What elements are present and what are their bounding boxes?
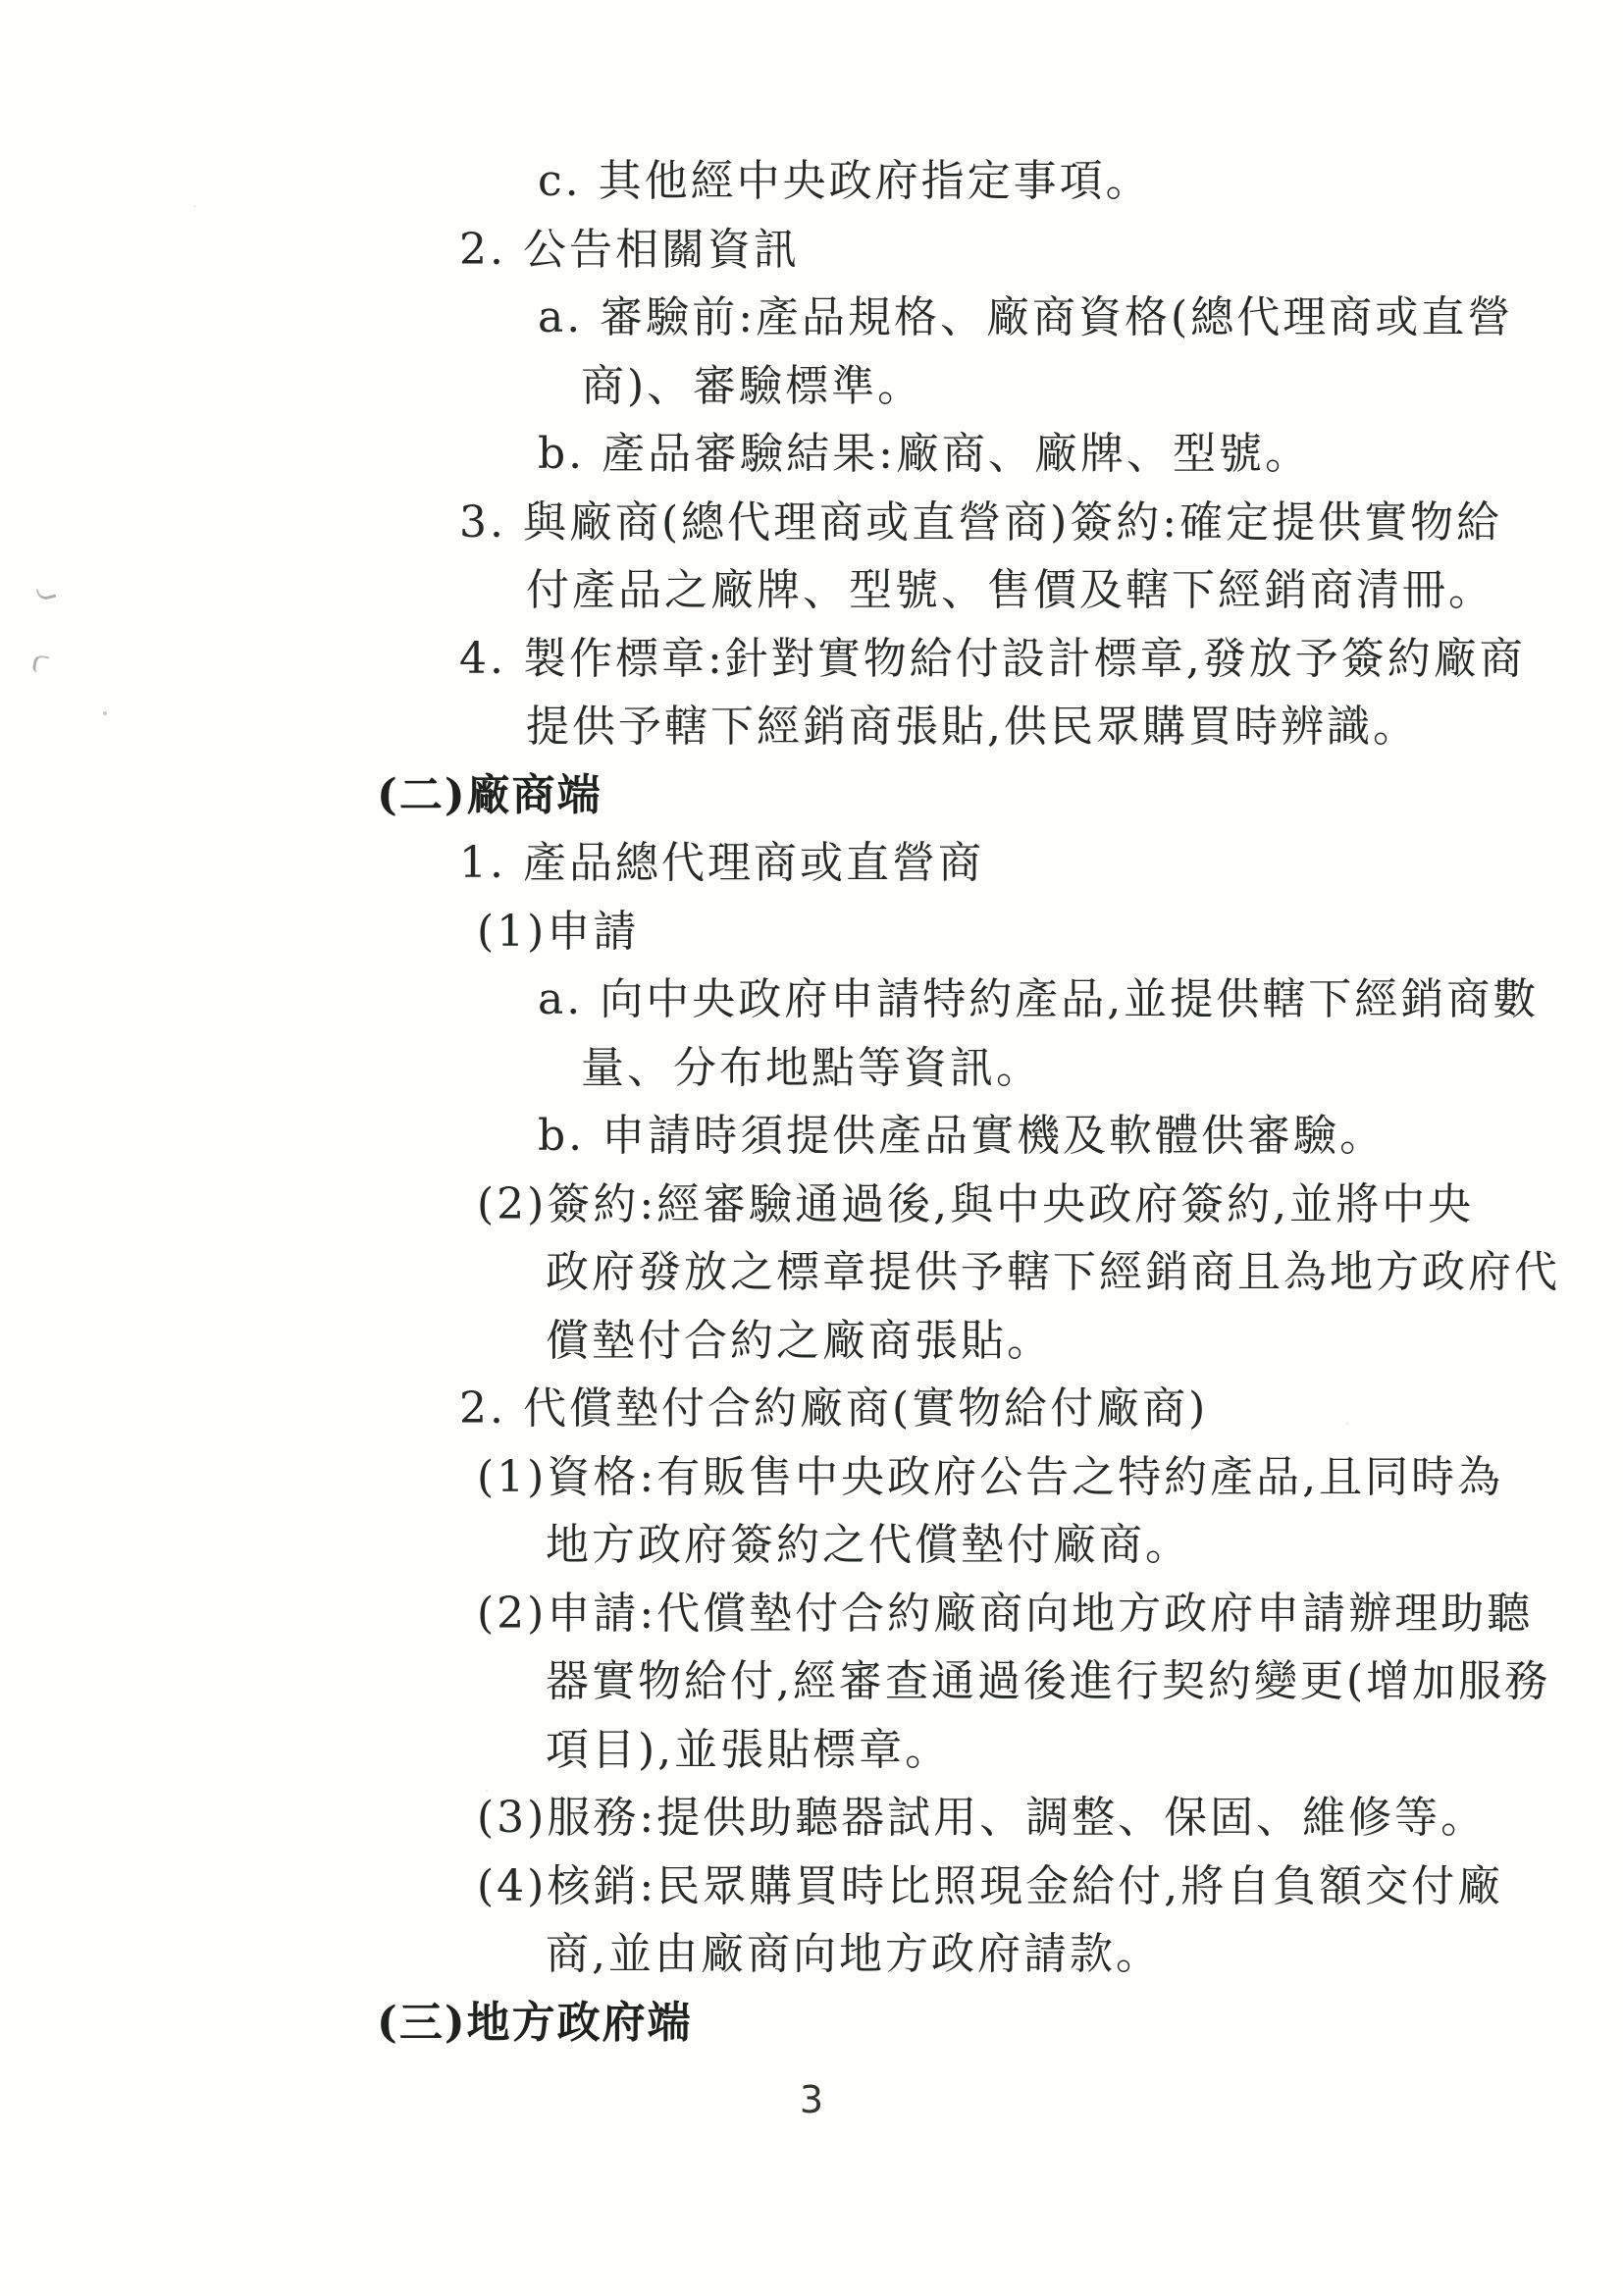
text-line: (4)核銷:民眾購買時比照現金給付,將自負額交付廠	[0, 1852, 1623, 1921]
text-line: 政府發放之標章提供予轄下經銷商且為地方政府代	[0, 1238, 1623, 1307]
text-line: 償墊付合約之廠商張貼。	[0, 1307, 1623, 1376]
text-line: 項目),並張貼標章。	[0, 1716, 1623, 1785]
section-heading: (二)廠商端	[0, 761, 1623, 830]
text-line: (3)服務:提供助聽器試用、調整、保固、維修等。	[0, 1784, 1623, 1852]
text-line: c. 其他經中央政府指定事項。	[0, 147, 1623, 216]
text-line: (2)申請:代償墊付合約廠商向地方政府申請辦理助聽	[0, 1580, 1623, 1648]
text-line: 器實物給付,經審查通過後進行契約變更(增加服務	[0, 1647, 1623, 1716]
text-line: b. 申請時須提供產品實機及軟體供審驗。	[0, 1102, 1623, 1171]
scanned-document-page: c. 其他經中央政府指定事項。2. 公告相關資訊a. 審驗前:產品規格、廠商資格…	[0, 0, 1623, 2296]
text-line: 商,並由廠商向地方政府請款。	[0, 1920, 1623, 1989]
text-line: 商)、審驗標準。	[0, 352, 1623, 421]
text-line: 地方政府簽約之代償墊付廠商。	[0, 1511, 1623, 1580]
text-line: 3. 與廠商(總代理商或直營商)簽約:確定提供實物給	[0, 489, 1623, 557]
text-line: a. 審驗前:產品規格、廠商資格(總代理商或直營	[0, 284, 1623, 352]
text-line: 提供予轄下經銷商張貼,供民眾購買時辨識。	[0, 693, 1623, 761]
text-line: a. 向中央政府申請特約產品,並提供轄下經銷商數	[0, 965, 1623, 1034]
text-line: 2. 公告相關資訊	[0, 216, 1623, 285]
text-line: (2)簽約:經審驗通過後,與中央政府簽約,並將中央	[0, 1171, 1623, 1239]
text-line: 1. 產品總代理商或直營商	[0, 829, 1623, 898]
text-line: 4. 製作標章:針對實物給付設計標章,發放予簽約廠商	[0, 625, 1623, 694]
page-number: 3	[0, 2078, 1623, 2121]
text-line: (1)申請	[0, 898, 1623, 966]
text-line: 量、分布地點等資訊。	[0, 1034, 1623, 1103]
text-line: b. 產品審驗結果:廠商、廠牌、型號。	[0, 420, 1623, 489]
section-heading: (三)地方政府端	[0, 1989, 1623, 2058]
text-line: (1)資格:有販售中央政府公告之特約產品,且同時為	[0, 1443, 1623, 1512]
text-line: 2. 代償墊付合約廠商(實物給付廠商)	[0, 1375, 1623, 1443]
text-line: 付產品之廠牌、型號、售價及轄下經銷商清冊。	[0, 556, 1623, 625]
document-body: c. 其他經中央政府指定事項。2. 公告相關資訊a. 審驗前:產品規格、廠商資格…	[0, 147, 1623, 2057]
